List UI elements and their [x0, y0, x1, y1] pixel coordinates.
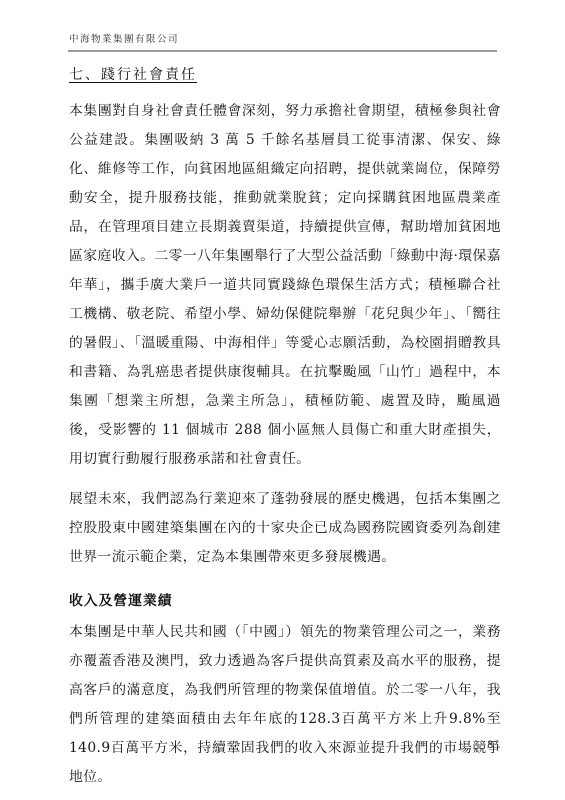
company-name-header: 中海物業集團有限公司 — [69, 31, 179, 45]
page-number: 8 — [487, 740, 493, 751]
paragraph-revenue-operations: 本集團是中華人民共和國（「中國」）領先的物業管理公司之一，業務亦覆蓋香港及澳門，… — [69, 618, 501, 792]
paragraph-social-responsibility: 本集團對自身社會責任體會深刻，努力承擔社會期望，積極參與社會公益建設。集團吸納 … — [69, 97, 501, 474]
document-page: 中海物業集團有限公司 七、踐行社會責任 本集團對自身社會責任體會深刻，努力承擔社… — [0, 0, 565, 800]
paragraph-outlook: 展望未來，我們認為行業迎來了蓬勃發展的歷史機遇，包括本集團之控股股東中國建築集團… — [69, 485, 501, 572]
section-title: 七、踐行社會責任 — [69, 64, 501, 84]
header-divider-rule — [68, 50, 497, 52]
subsection-title-revenue: 收入及營運業績 — [69, 589, 501, 609]
page-content: 七、踐行社會責任 本集團對自身社會責任體會深刻，努力承擔社會期望，積極參與社會公… — [69, 64, 501, 800]
